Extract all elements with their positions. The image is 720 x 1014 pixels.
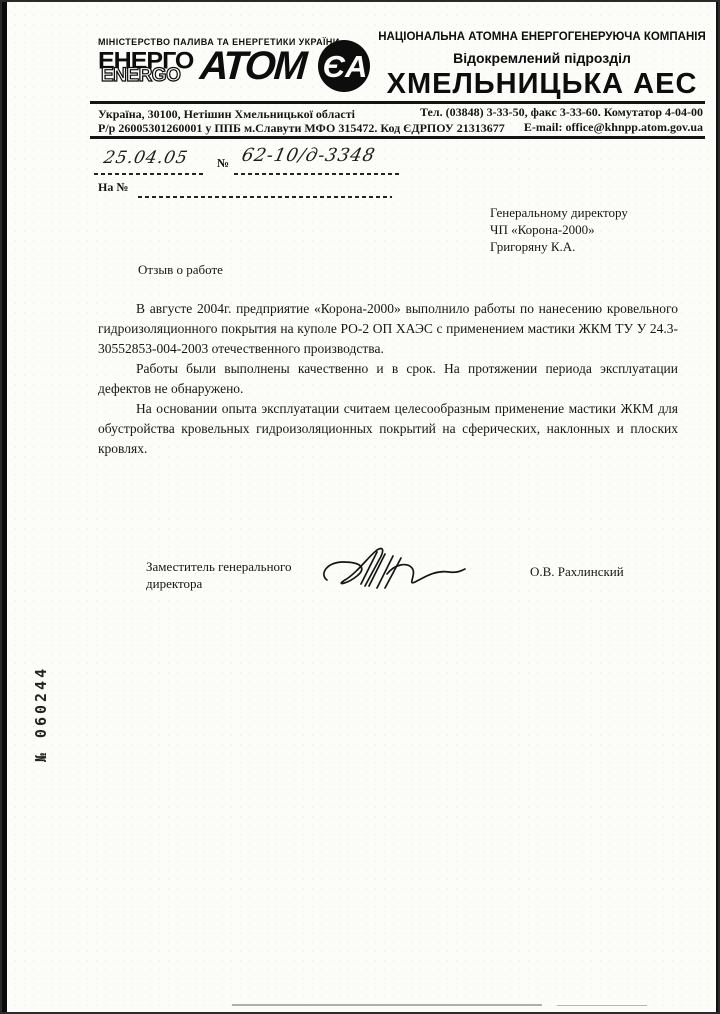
number-sign-label: № <box>217 156 229 171</box>
logo-text-energo-latin: ENERGO <box>101 65 180 87</box>
phone-line: Тел. (03848) 3-33-50, факс 3-33-60. Кому… <box>420 105 703 120</box>
registration-number-stamp: № 060244 <box>32 644 62 784</box>
company-name: НАЦІОНАЛЬНА АТОМНА ЕНЕРГОГЕНЕРУЮЧА КОМПА… <box>376 30 708 44</box>
recipient-company: ЧП «Корона-2000» <box>490 221 628 238</box>
letter-subject: Отзыв о работе <box>138 262 223 278</box>
body-paragraph-2: Работы были выполнены качественно и в ср… <box>98 359 678 399</box>
logo-text-atom: АТОМ <box>198 44 306 89</box>
scanned-letter-page: МІНІСТЕРСТВО ПАЛИВА ТА ЕНЕРГЕТИКИ УКРАЇН… <box>0 0 720 1014</box>
email-line: E-mail: office@khnpp.atom.gov.ua <box>420 120 703 135</box>
letterhead-right: НАЦІОНАЛЬНА АТОМНА ЕНЕРГОГЕНЕРУЮЧА КОМПА… <box>376 30 708 101</box>
energoatom-logo-icon: ЄА <box>316 38 372 94</box>
plant-name: ХМЕЛЬНИЦЬКА АЕС <box>376 68 708 101</box>
date-underline <box>94 173 206 175</box>
division-line: Відокремлений підрозділ <box>376 50 708 66</box>
reply-underline <box>138 196 392 198</box>
recipient-name: Григоряну К.А. <box>490 238 628 255</box>
scan-artifact-line <box>232 1004 542 1006</box>
scan-edge-bar-left <box>2 2 7 1012</box>
scan-artifact-line-2 <box>557 1005 647 1006</box>
logo-badge-letters: ЄА <box>323 49 368 84</box>
header-divider-top <box>90 101 705 104</box>
header-divider-bottom <box>90 136 705 139</box>
signer-title-line-1: Заместитель генерального <box>146 558 292 575</box>
signature-icon <box>317 540 467 602</box>
handwritten-date: 25.04.05 <box>102 148 190 168</box>
number-underline <box>234 173 402 175</box>
body-paragraph-1: В августе 2004г. предприятие «Корона-200… <box>98 299 678 359</box>
handwritten-outgoing-number: 62-10/д-3348 <box>240 145 378 166</box>
recipient-block: Генеральному директору ЧП «Корона-2000» … <box>490 204 628 255</box>
signer-title-line-2: директора <box>146 575 292 592</box>
signer-title: Заместитель генерального директора <box>146 558 292 592</box>
body-paragraph-3: На основании опыта эксплуатации считаем … <box>98 399 678 459</box>
scan-edge-bar-right <box>716 2 718 1012</box>
signer-name: О.В. Рахлинский <box>530 564 624 580</box>
letter-body: В августе 2004г. предприятие «Корона-200… <box>98 299 678 459</box>
contact-block: Тел. (03848) 3-33-50, факс 3-33-60. Кому… <box>420 105 703 135</box>
reply-to-label: На № <box>98 180 128 195</box>
recipient-position: Генеральному директору <box>490 204 628 221</box>
